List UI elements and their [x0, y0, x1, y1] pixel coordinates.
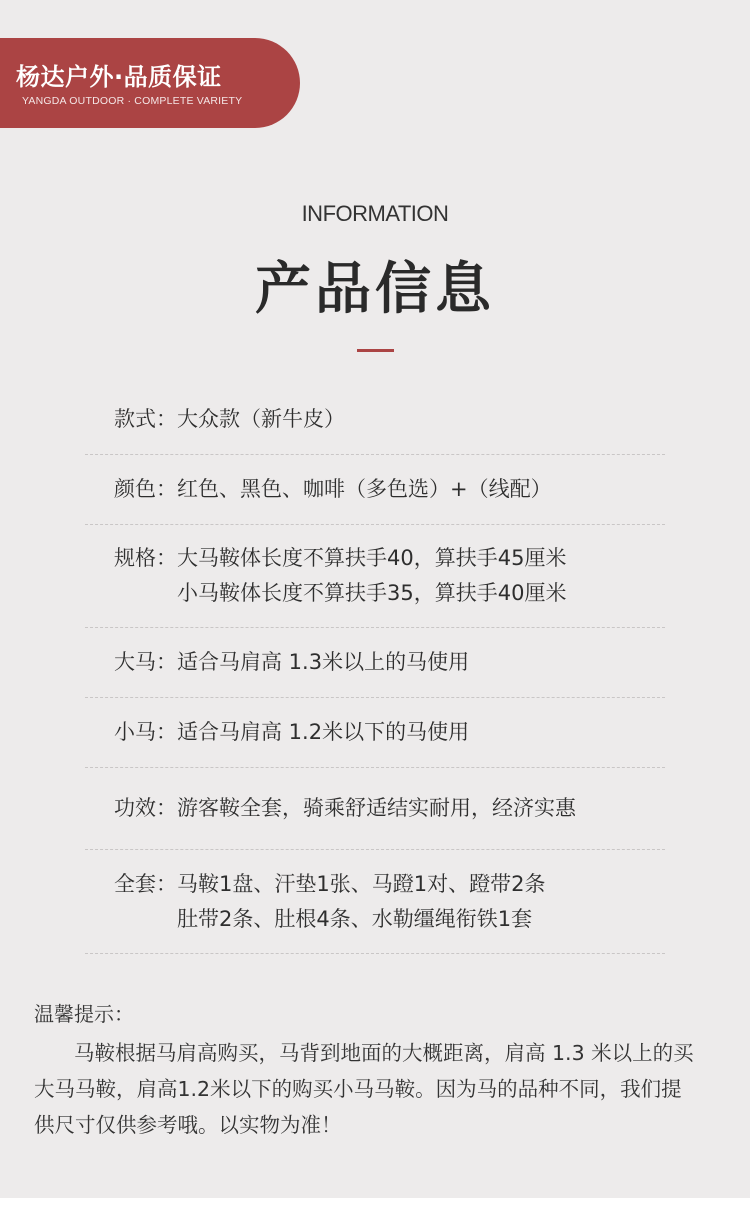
- tips-body: 马鞍根据马肩高购买，马背到地面的大概距离，肩高 1.3 米以上的买大马马鞍，肩高…: [34, 1035, 699, 1143]
- info-row-style: 款式： 大众款（新牛皮）: [85, 385, 665, 455]
- info-row-color: 颜色： 红色、黑色、咖啡（多色选）+（线配）: [85, 455, 665, 525]
- accent-divider: [357, 349, 394, 352]
- tips-title: 温馨提示：: [34, 998, 134, 1027]
- info-value: 大众款（新牛皮）: [177, 402, 345, 437]
- brand-subtitle: YANGDA OUTDOOR · COMPLETE VARIETY: [22, 95, 242, 107]
- info-label: 全套：: [114, 867, 177, 902]
- info-value: 大马鞍体长度不算扶手40，算扶手45厘米: [177, 541, 566, 576]
- info-label: 大马：: [114, 645, 177, 680]
- section-title-zh: 产品信息: [0, 245, 750, 325]
- info-value: 游客鞍全套，骑乘舒适结实耐用，经济实惠: [177, 791, 576, 826]
- info-value: 红色、黑色、咖啡（多色选）+（线配）: [177, 472, 552, 507]
- info-row-large-horse: 大马： 适合马肩高 1.3米以上的马使用: [85, 628, 665, 698]
- info-label: 小马：: [114, 715, 177, 750]
- info-row-full-set: 全套： 马鞍1盘、汗垫1张、马蹬1对、蹬带2条 肚带2条、肚根4条、水勒缰绳衔铁…: [85, 850, 665, 954]
- info-row-function: 功效： 游客鞍全套，骑乘舒适结实耐用，经济实惠: [85, 768, 665, 850]
- info-value: 小马鞍体长度不算扶手35，算扶手40厘米: [177, 576, 566, 611]
- brand-title: 杨达户外·品质保证: [16, 57, 222, 92]
- info-value: 适合马肩高 1.2米以下的马使用: [177, 715, 469, 750]
- info-value: 肚带2条、肚根4条、水勒缰绳衔铁1套: [177, 902, 545, 937]
- info-label: 款式：: [114, 402, 177, 437]
- product-info-page: 杨达户外·品质保证 YANGDA OUTDOOR · COMPLETE VARI…: [0, 0, 750, 1198]
- info-label: 颜色：: [114, 472, 177, 507]
- info-row-small-horse: 小马： 适合马肩高 1.2米以下的马使用: [85, 698, 665, 768]
- section-title-en: INFORMATION: [0, 201, 750, 227]
- brand-banner: 杨达户外·品质保证 YANGDA OUTDOOR · COMPLETE VARI…: [0, 38, 300, 128]
- info-row-spec: 规格： 大马鞍体长度不算扶手40，算扶手45厘米 小马鞍体长度不算扶手35，算扶…: [85, 525, 665, 628]
- product-info-list: 款式： 大众款（新牛皮） 颜色： 红色、黑色、咖啡（多色选）+（线配） 规格： …: [85, 385, 665, 954]
- info-label: 规格：: [114, 541, 177, 576]
- info-value: 马鞍1盘、汗垫1张、马蹬1对、蹬带2条: [177, 867, 545, 902]
- info-value: 适合马肩高 1.3米以上的马使用: [177, 645, 469, 680]
- info-label: 功效：: [114, 791, 177, 826]
